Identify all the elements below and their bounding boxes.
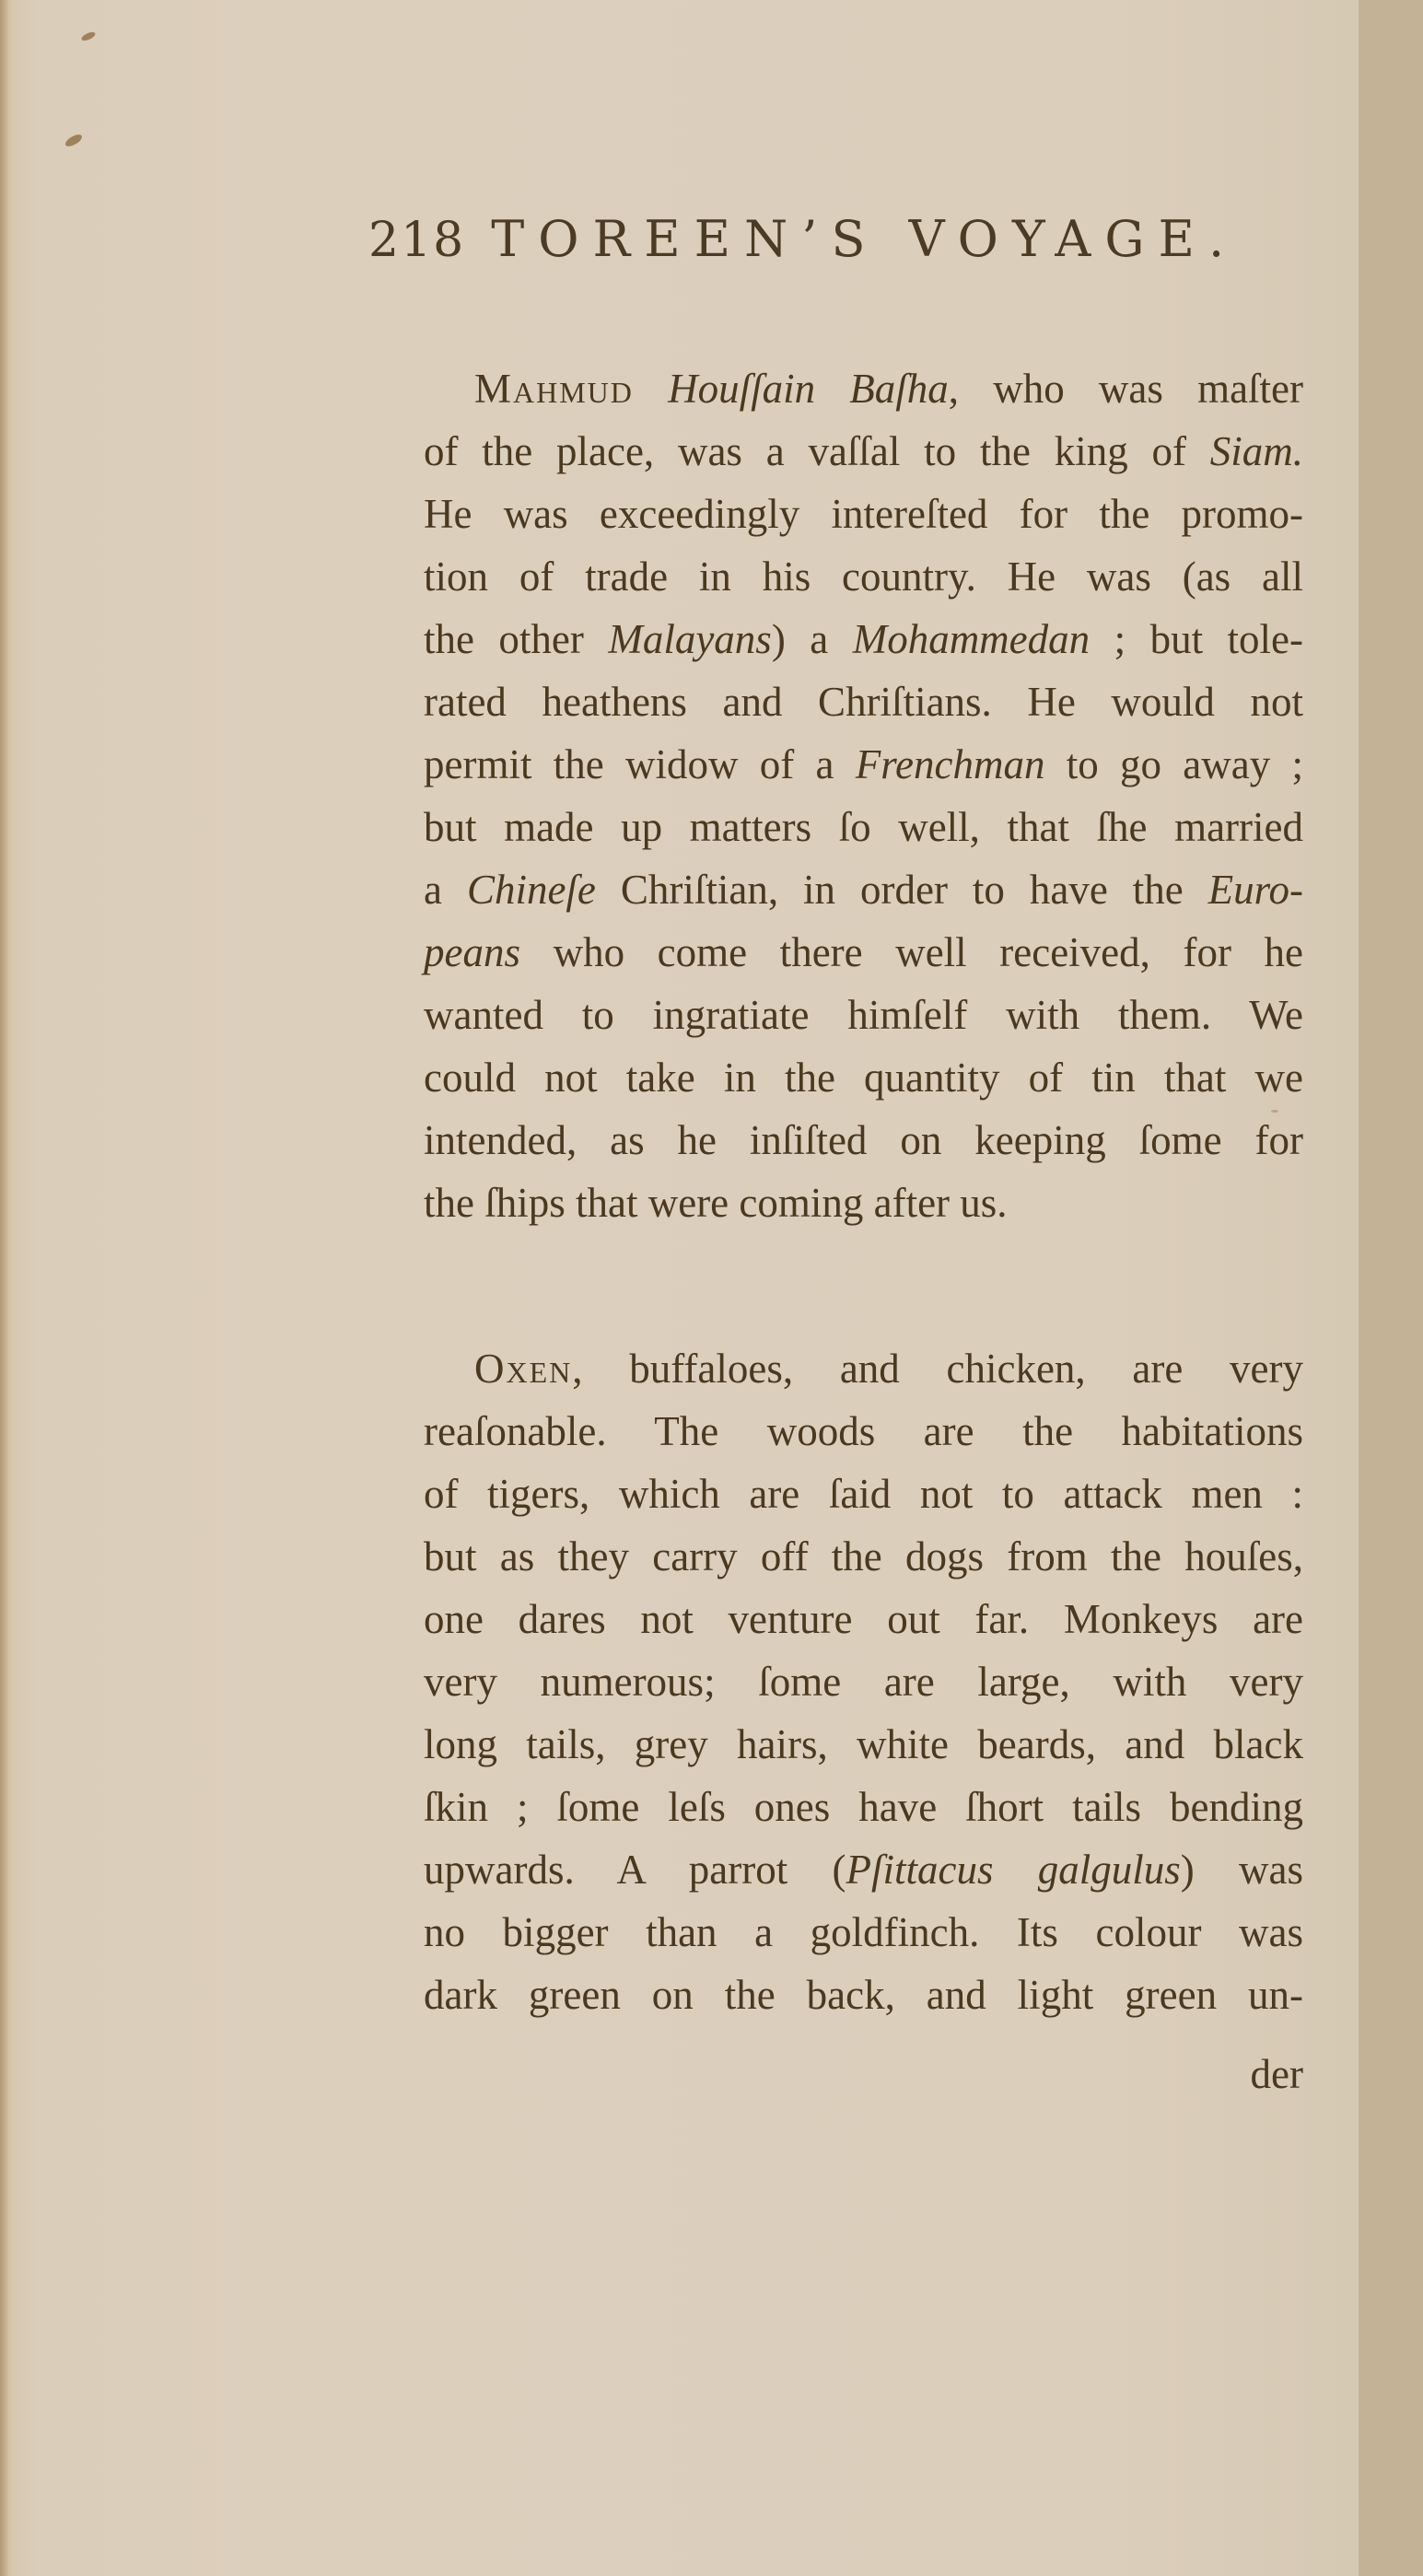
- text-line: tion of trade in his country. He was (as…: [424, 549, 1303, 604]
- text-segment: wanted to ingratiate himſelf with them. …: [424, 992, 1303, 1038]
- text-line: permit the widow of a Frenchman to go aw…: [424, 737, 1303, 792]
- text-segment: permit the widow of a: [424, 741, 856, 787]
- text-segment: , who was maſter: [949, 366, 1303, 412]
- text-line: intended, as he inſiſted on keeping ſome…: [424, 1113, 1303, 1168]
- text-segment: He was exceedingly intereſted for the pr…: [424, 491, 1303, 537]
- binding-shadow: [0, 0, 9, 2576]
- italic-text: Malayans: [608, 616, 771, 662]
- text-line: of tigers, which are ſaid not to attack …: [424, 1466, 1303, 1521]
- text-segment: but as they carry off the dogs from the …: [424, 1533, 1303, 1579]
- text-line: the other Malayans) a Mohammedan ; but t…: [424, 612, 1303, 667]
- text-line: Mahmud Houſſain Baſha, who was maſter: [474, 361, 1303, 416]
- text-segment: tion of trade in his country. He was (as…: [424, 554, 1303, 600]
- text-line: one dares not venture out far. Monkeys a…: [424, 1591, 1303, 1647]
- text-segment: the other: [424, 616, 608, 662]
- page-edge: [1359, 0, 1423, 2576]
- text-segment: intended, as he inſiſted on keeping ſome…: [424, 1117, 1303, 1163]
- text-segment: ) was: [1181, 1847, 1303, 1893]
- text-segment: , buffaloes, and chicken, are very: [572, 1346, 1303, 1392]
- text-segment: no bigger than a goldfinch. Its colour w…: [424, 1909, 1303, 1955]
- italic-text: Chineſe: [467, 867, 596, 913]
- text-line: but made up matters ſo well, that ſhe ma…: [424, 799, 1303, 855]
- text-line: no bigger than a goldfinch. Its colour w…: [424, 1905, 1303, 1960]
- text-line: could not take in the quantity of tin th…: [424, 1050, 1303, 1105]
- text-segment: one dares not venture out far. Monkeys a…: [424, 1596, 1303, 1642]
- italic-text: Houſſain Baſha: [668, 366, 949, 412]
- text-segment: very numerous; ſome are large, with very: [424, 1659, 1303, 1705]
- catchword: der: [424, 2046, 1303, 2102]
- text-line: rated heathens and Chriſtians. He would …: [424, 674, 1303, 729]
- text-line: Oxen, buffaloes, and chicken, are very: [474, 1341, 1303, 1396]
- text-segment: ; but tole-: [1090, 616, 1303, 662]
- text-segment: dark green on the back, and light green …: [424, 1972, 1303, 2018]
- text-segment: a: [424, 867, 467, 913]
- text-line: He was exceedingly intereſted for the pr…: [424, 486, 1303, 542]
- italic-text: peans: [424, 929, 520, 975]
- text-line: wanted to ingratiate himſelf with them. …: [424, 987, 1303, 1043]
- text-line: a Chineſe Chriſtian, in order to have th…: [424, 862, 1303, 917]
- text-segment: the ſhips that were coming after us.: [424, 1180, 1008, 1226]
- page-number: 218: [368, 213, 465, 268]
- text-segment: ) a: [772, 616, 853, 662]
- text-segment: reaſonable. The woods are the habitation…: [424, 1408, 1303, 1454]
- small-caps-text: Mahmud: [474, 366, 634, 412]
- text-segment: upwards. A parrot (: [424, 1847, 846, 1893]
- italic-text: Mohammedan: [853, 616, 1090, 662]
- text-segment: who come there well received, for he: [520, 929, 1303, 975]
- text-line: reaſonable. The woods are the habitation…: [424, 1404, 1303, 1459]
- text-line: upwards. A parrot (Pſittacus galgulus) w…: [424, 1842, 1303, 1897]
- text-line: but as they carry off the dogs from the …: [424, 1529, 1303, 1584]
- text-segment: but made up matters ſo well, that ſhe ma…: [424, 804, 1303, 850]
- text-segment: of the place, was a vaſſal to the king o…: [424, 428, 1210, 474]
- running-title: TOREEN’S VOYAGE.: [491, 210, 1238, 268]
- text-line: of the place, was a vaſſal to the king o…: [424, 424, 1303, 479]
- text-line: peans who come there well received, for …: [424, 925, 1303, 980]
- text-segment: [634, 366, 668, 412]
- text-line: long tails, grey hairs, white beards, an…: [424, 1717, 1303, 1772]
- text-segment: rated heathens and Chriſtians. He would …: [424, 679, 1303, 725]
- italic-text: Siam.: [1210, 428, 1303, 474]
- running-header: 218TOREEN’S VOYAGE.: [368, 210, 1308, 284]
- text-segment: Chriſtian, in order to have the: [596, 867, 1208, 913]
- text-segment: to go away ;: [1045, 741, 1304, 787]
- small-caps-text: Oxen: [474, 1346, 572, 1392]
- text-line: ſkin ; ſome leſs ones have ſhort tails b…: [424, 1779, 1303, 1835]
- text-segment: could not take in the quantity of tin th…: [424, 1055, 1303, 1101]
- text-line: dark green on the back, and light green …: [424, 1967, 1303, 2022]
- italic-text: Pſittacus galgulus: [846, 1847, 1181, 1893]
- text-segment: long tails, grey hairs, white beards, an…: [424, 1721, 1303, 1767]
- italic-text: Euro-: [1208, 867, 1303, 913]
- text-line: the ſhips that were coming after us.: [424, 1175, 1303, 1230]
- text-line: very numerous; ſome are large, with very: [424, 1654, 1303, 1709]
- text-segment: of tigers, which are ſaid not to attack …: [424, 1471, 1303, 1517]
- italic-text: Frenchman: [856, 741, 1045, 787]
- text-segment: ſkin ; ſome leſs ones have ſhort tails b…: [424, 1784, 1303, 1830]
